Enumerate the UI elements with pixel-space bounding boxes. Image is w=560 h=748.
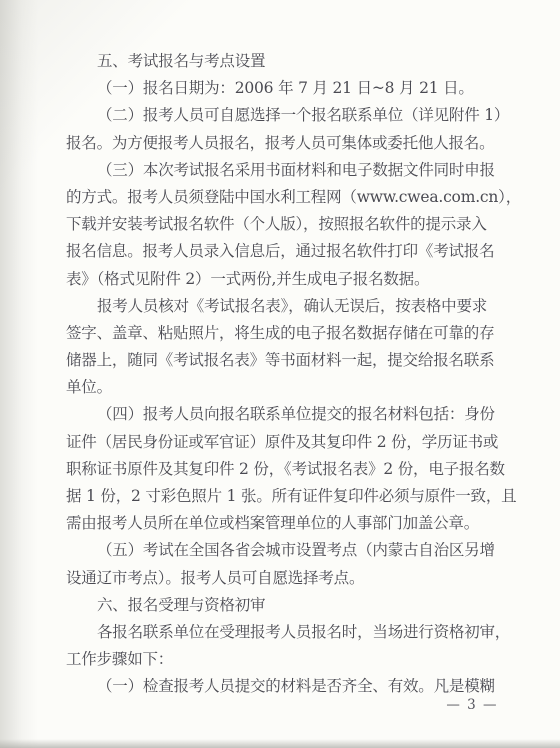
text-line: 表》（格式见附件 2）一式两份,并生成电子报名数据。 [66, 266, 516, 293]
text-line: 据 1 份，2 寸彩色照片 1 张。所有证件复印件必须与原件一致，且 [66, 483, 516, 510]
text-line: 工作步骤如下： [66, 646, 516, 673]
text-line: 单位。 [66, 374, 516, 401]
document-lines: 五、考试报名与考点设置（一）报名日期为：2006 年 7 月 21 日~8 月 … [66, 48, 516, 701]
text-line: 需由报考人员所在单位或档案管理单位的人事部门加盖公章。 [66, 510, 516, 537]
text-line: （二）报考人员可自愿选择一个报名联系单位（详见附件 1） [66, 102, 516, 129]
text-line: 报考人员核对《考试报名表》，确认无误后，按表格中要求 [66, 293, 516, 320]
text-line: （四）报考人员向报名联系单位提交的报名材料包括：身份 [66, 401, 516, 428]
scanned-document: { "document": { "lines": [ { "text": "五、… [0, 0, 560, 748]
text-line: 证件（居民身份证或军官证）原件及其复印件 2 份，学历证书或 [66, 429, 516, 456]
text-line: 下载并安装考试报名软件（个人版），按照报名软件的提示录入 [66, 211, 516, 238]
text-line: 六、报名受理与资格初审 [66, 592, 516, 619]
text-line: 的方式。报考人员须登陆中国水利工程网（www.cwea.com.cn）， [66, 184, 516, 211]
text-line: 五、考试报名与考点设置 [66, 48, 516, 75]
text-line: 职称证书原件及其复印件 2 份，《考试报名表》2 份，电子报名数 [66, 456, 516, 483]
text-line: （五）考试在全国各省会城市设置考点（内蒙古自治区另增 [66, 537, 516, 564]
text-line: （一）报名日期为：2006 年 7 月 21 日~8 月 21 日。 [66, 75, 516, 102]
text-line: 报名。为方便报考人员报名，报考人员可集体或委托他人报名。 [66, 130, 516, 157]
document-page: 五、考试报名与考点设置（一）报名日期为：2006 年 7 月 21 日~8 月 … [0, 0, 560, 748]
page-number: — 3 — [446, 697, 498, 713]
text-line: （三）本次考试报名采用书面材料和电子数据文件同时申报 [66, 157, 516, 184]
text-line: 储器上，随同《考试报名表》等书面材料一起，提交给报名联系 [66, 347, 516, 374]
text-line: 设通辽市考点）。报考人员可自愿选择考点。 [66, 565, 516, 592]
text-line: 签字、盖章、粘贴照片，将生成的电子报名数据存储在可靠的存 [66, 320, 516, 347]
text-line: 各报名联系单位在受理报考人员报名时，当场进行资格初审， [66, 619, 516, 646]
text-line: 报名信息。报考人员录入信息后，通过报名软件打印《考试报名 [66, 238, 516, 265]
